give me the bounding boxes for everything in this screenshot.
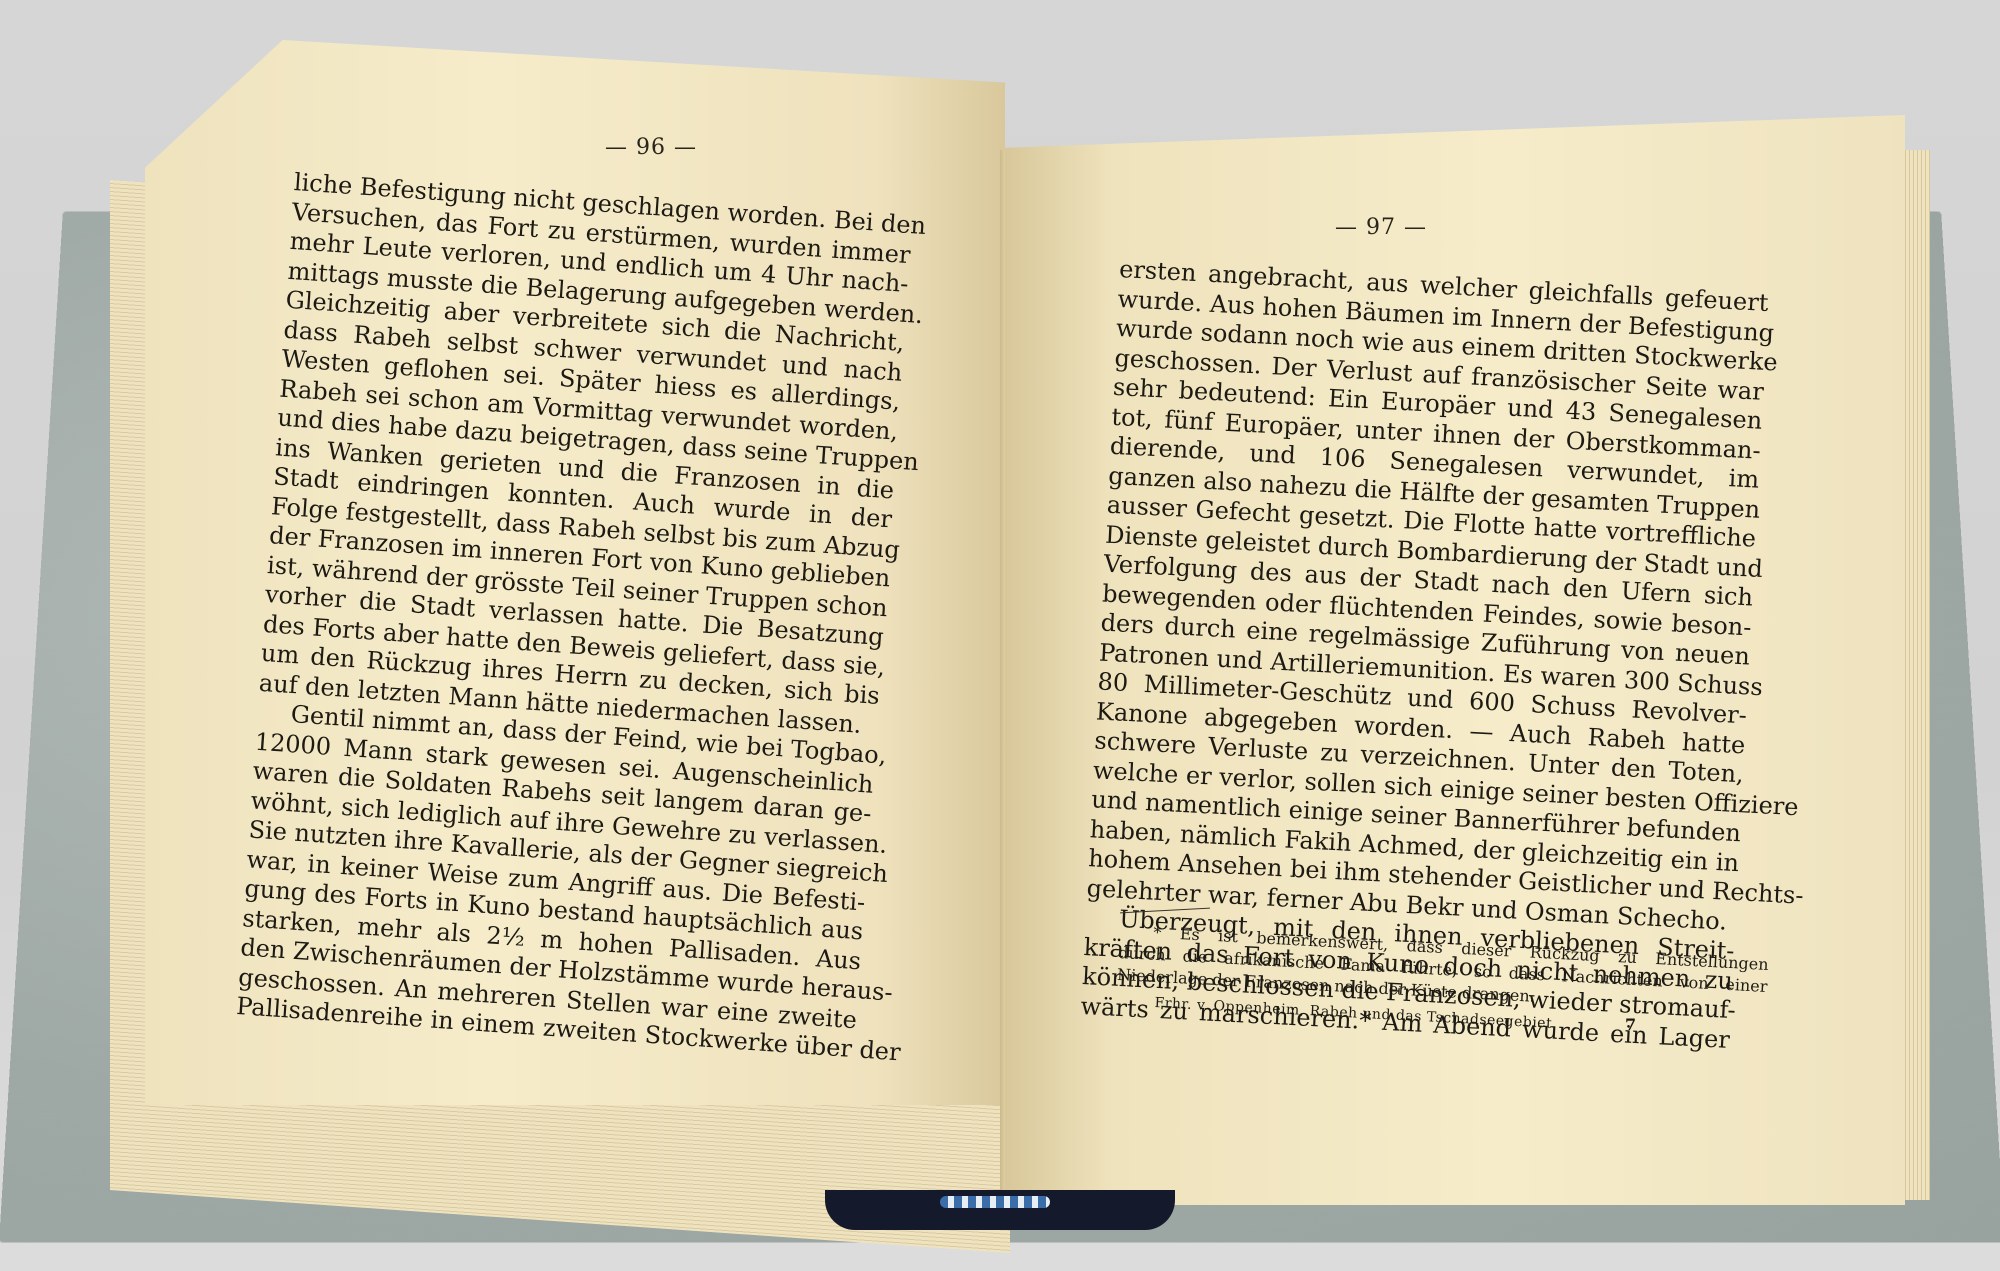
right-page: — 97 — ersten angebracht, aus welcher gl… [1005,115,1905,1205]
left-page-body: liche Befestigung nicht geschlagen worde… [235,168,913,1065]
page-number-left: — 96 — [605,135,697,160]
page-number-right: — 97 — [1335,215,1427,240]
headband [940,1196,1050,1208]
signature-number: 7 [1625,1015,1636,1034]
left-page: — 96 — liche Befestigung nicht geschlage… [145,40,1005,1105]
